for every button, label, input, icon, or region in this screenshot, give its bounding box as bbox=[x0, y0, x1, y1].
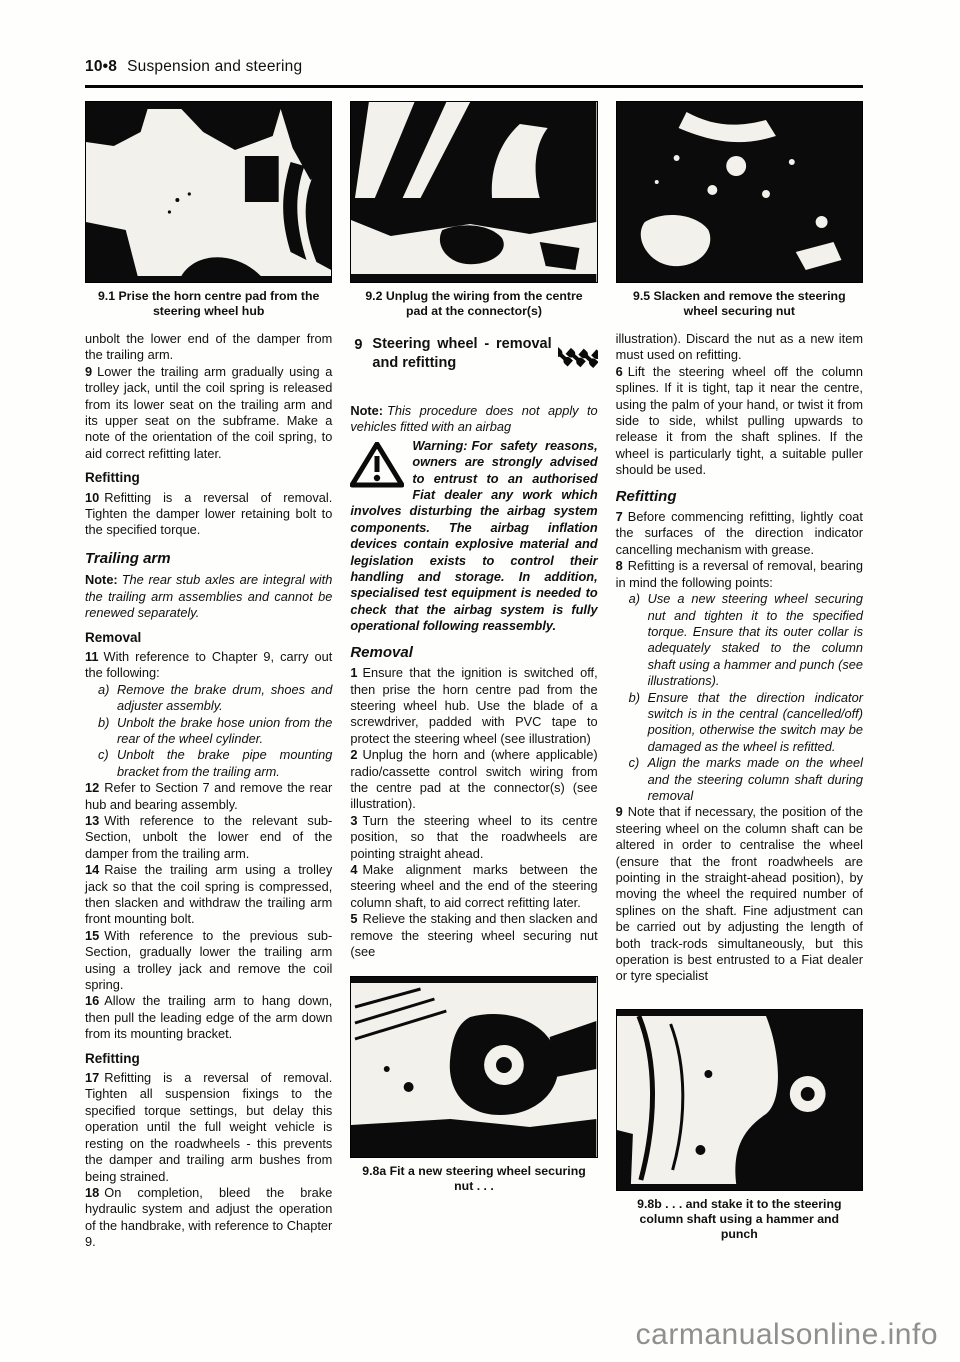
figure-9-2: 9.2 Unplug the wiring from the centre pa… bbox=[350, 101, 597, 319]
note-trailing-arm: Note:The rear stub axles are integral wi… bbox=[85, 572, 332, 621]
heading-refitting: Refitting bbox=[85, 470, 332, 486]
text-columns: unbolt the lower end of the damper from … bbox=[85, 331, 863, 1251]
figure-9-8a: 9.8a Fit a new steering wheel securing n… bbox=[350, 976, 597, 1194]
photo-9-5-image bbox=[617, 102, 862, 282]
section-9-header: 9 Steering wheel - removal and refitting bbox=[350, 335, 597, 387]
photo-9-2-image bbox=[351, 102, 596, 282]
step-3: 3Turn the steering wheel to its centre p… bbox=[350, 813, 597, 862]
photo-9-1 bbox=[85, 101, 332, 283]
list-item-c: c)Unbolt the brake pipe mounting bracket… bbox=[85, 747, 332, 780]
step-11: 11With reference to Chapter 9, carry out… bbox=[85, 649, 332, 682]
step-17: 17Refitting is a reversal of removal. Ti… bbox=[85, 1070, 332, 1185]
step-8: 8Refitting is a reversal of removal, bea… bbox=[616, 558, 863, 591]
heading-refitting-2: Refitting bbox=[85, 1051, 332, 1067]
header-rule bbox=[85, 85, 863, 88]
difficulty-wrenches-icon bbox=[558, 335, 598, 387]
photo-9-8b bbox=[616, 1009, 863, 1191]
watermark-text: carmanualsonline.info bbox=[636, 1318, 938, 1352]
paragraph-continued: illustration). Discard the nut as a new … bbox=[616, 331, 863, 364]
step-1: 1Ensure that the ignition is switched of… bbox=[350, 665, 597, 747]
step-6: 6Lift the steering wheel off the column … bbox=[616, 364, 863, 479]
step-7: 7Before commencing refitting, lightly co… bbox=[616, 509, 863, 558]
column-right: illustration). Discard the nut as a new … bbox=[616, 331, 863, 1242]
photo-9-1-image bbox=[86, 102, 331, 282]
photo-9-5 bbox=[616, 101, 863, 283]
caption-9-8a: 9.8a Fit a new steering wheel securing n… bbox=[350, 1164, 597, 1194]
photo-9-8a bbox=[350, 976, 597, 1158]
step-4: 4Make alignment marks between the steeri… bbox=[350, 862, 597, 911]
heading-removal-steering: Removal bbox=[350, 645, 597, 661]
caption-9-2: 9.2 Unplug the wiring from the centre pa… bbox=[350, 289, 597, 319]
section-title: Steering wheel - removal and refitting bbox=[372, 335, 551, 372]
page-header: 10•8Suspension and steering bbox=[85, 58, 863, 76]
caption-9-5: 9.5 Slacken and remove the steering whee… bbox=[616, 289, 863, 319]
column-middle: 9 Steering wheel - removal and refitting bbox=[350, 331, 597, 1194]
list-item-a: a)Remove the brake drum, shoes and adjus… bbox=[85, 682, 332, 715]
step-2: 2Unplug the horn and (where applicable) … bbox=[350, 747, 597, 813]
step-15: 15With reference to the previous sub-Sec… bbox=[85, 928, 332, 994]
step-9: 9Lower the trailing arm gradually using … bbox=[85, 364, 332, 462]
step-18: 18On completion, bleed the brake hydraul… bbox=[85, 1185, 332, 1251]
warning-label: Warning: bbox=[412, 438, 467, 453]
caption-9-1: 9.1 Prise the horn centre pad from the s… bbox=[85, 289, 332, 319]
caption-9-8b: 9.8b . . . and stake it to the steering … bbox=[616, 1197, 863, 1242]
section-number: 9 bbox=[354, 337, 362, 353]
page-number: 10•8 bbox=[85, 58, 117, 75]
list-item-a: a)Use a new steering wheel securing nut … bbox=[616, 591, 863, 689]
paragraph: unbolt the lower end of the damper from … bbox=[85, 331, 332, 364]
photo-9-2 bbox=[350, 101, 597, 283]
figure-9-1: 9.1 Prise the horn centre pad from the s… bbox=[85, 101, 332, 319]
heading-removal: Removal bbox=[85, 630, 332, 646]
step-14: 14Raise the trailing arm using a trolley… bbox=[85, 862, 332, 928]
airbag-warning: Warning:For safety reasons, owners are s… bbox=[350, 438, 597, 635]
step-16: 16Allow the trailing arm to hang down, t… bbox=[85, 993, 332, 1042]
step-5: 5Relieve the staking and then slacken an… bbox=[350, 911, 597, 960]
list-item-c: c)Align the marks made on the wheel and … bbox=[616, 755, 863, 804]
figure-9-5: 9.5 Slacken and remove the steering whee… bbox=[616, 101, 863, 319]
step-9: 9Note that if necessary, the position of… bbox=[616, 804, 863, 984]
step-13: 13With reference to the relevant sub-Sec… bbox=[85, 813, 332, 862]
column-left: unbolt the lower end of the damper from … bbox=[85, 331, 332, 1251]
photo-9-8b-image bbox=[617, 1010, 862, 1190]
manual-page: 10•8Suspension and steering bbox=[0, 0, 960, 1362]
note-airbag: Note:This procedure does not apply to ve… bbox=[350, 403, 597, 436]
heading-trailing-arm: Trailing arm bbox=[85, 551, 332, 567]
list-item-b: b)Unbolt the brake hose union from the r… bbox=[85, 715, 332, 748]
heading-refitting-steering: Refitting bbox=[616, 489, 863, 505]
step-10: 10Refitting is a reversal of removal. Ti… bbox=[85, 490, 332, 539]
top-photo-row: 9.1 Prise the horn centre pad from the s… bbox=[85, 101, 863, 319]
page-content: 10•8Suspension and steering bbox=[85, 58, 863, 1251]
page-title: Suspension and steering bbox=[127, 58, 302, 75]
step-12: 12Refer to Section 7 and remove the rear… bbox=[85, 780, 332, 813]
figure-9-8b: 9.8b . . . and stake it to the steering … bbox=[616, 1009, 863, 1242]
photo-9-8a-image bbox=[351, 977, 596, 1157]
warning-triangle-icon bbox=[350, 442, 404, 488]
list-item-b: b)Ensure that the direction indicator sw… bbox=[616, 690, 863, 756]
